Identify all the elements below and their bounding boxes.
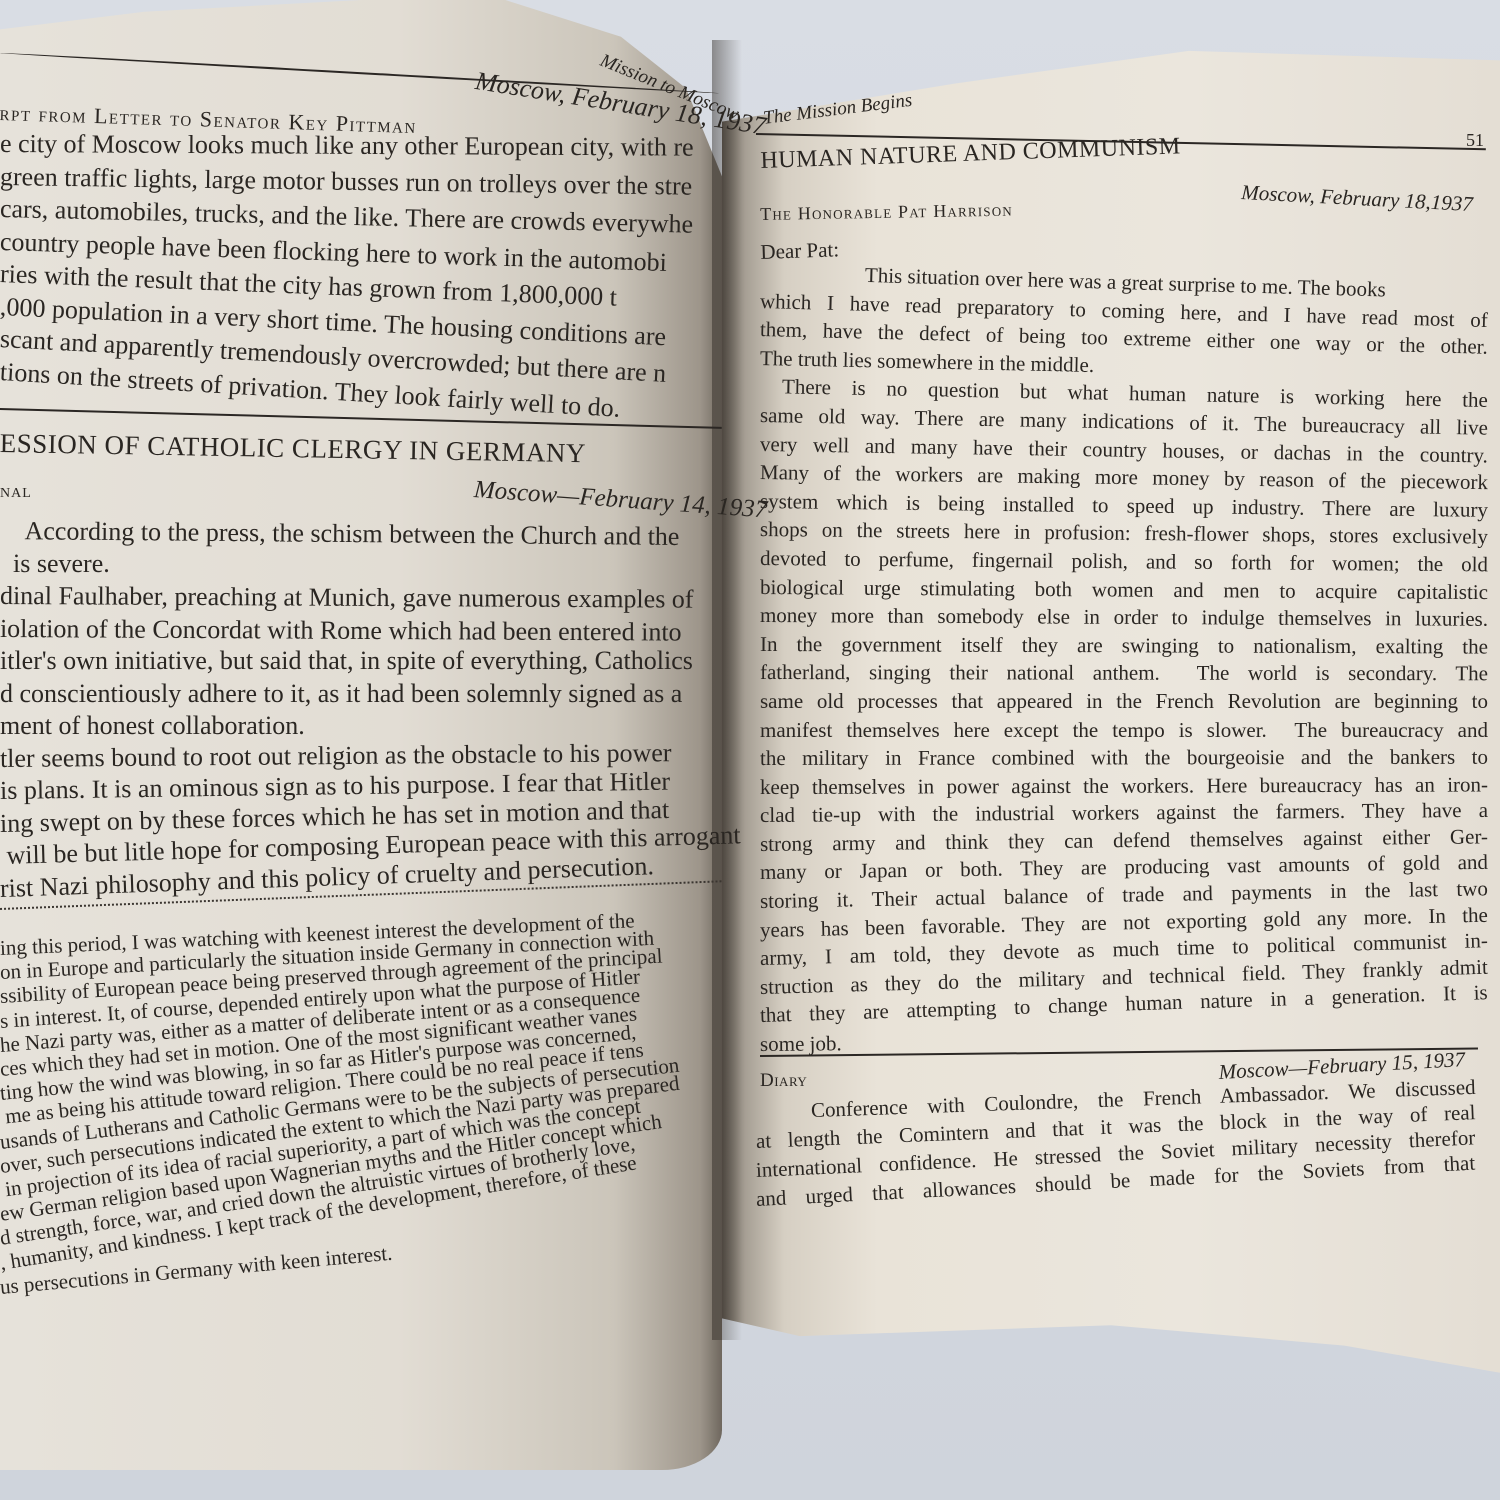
letter-body: This situation over here was a great sur… <box>760 258 1488 1059</box>
entry-source: nal <box>0 480 32 503</box>
entry-body-pittman: e city of Moscow looks much like any oth… <box>0 128 694 388</box>
entry-body-clergy: According to the press, the schism betwe… <box>0 515 741 905</box>
page-number: 51 <box>1466 130 1484 151</box>
letter-recipient: The Honorable Pat Harrison <box>760 200 1013 225</box>
diary-body: Conference with Coulondre, the French Am… <box>756 1098 1476 1214</box>
commentary-text: ing this period, I was watching with kee… <box>0 936 684 1299</box>
diary-label: Diary <box>760 1070 807 1092</box>
